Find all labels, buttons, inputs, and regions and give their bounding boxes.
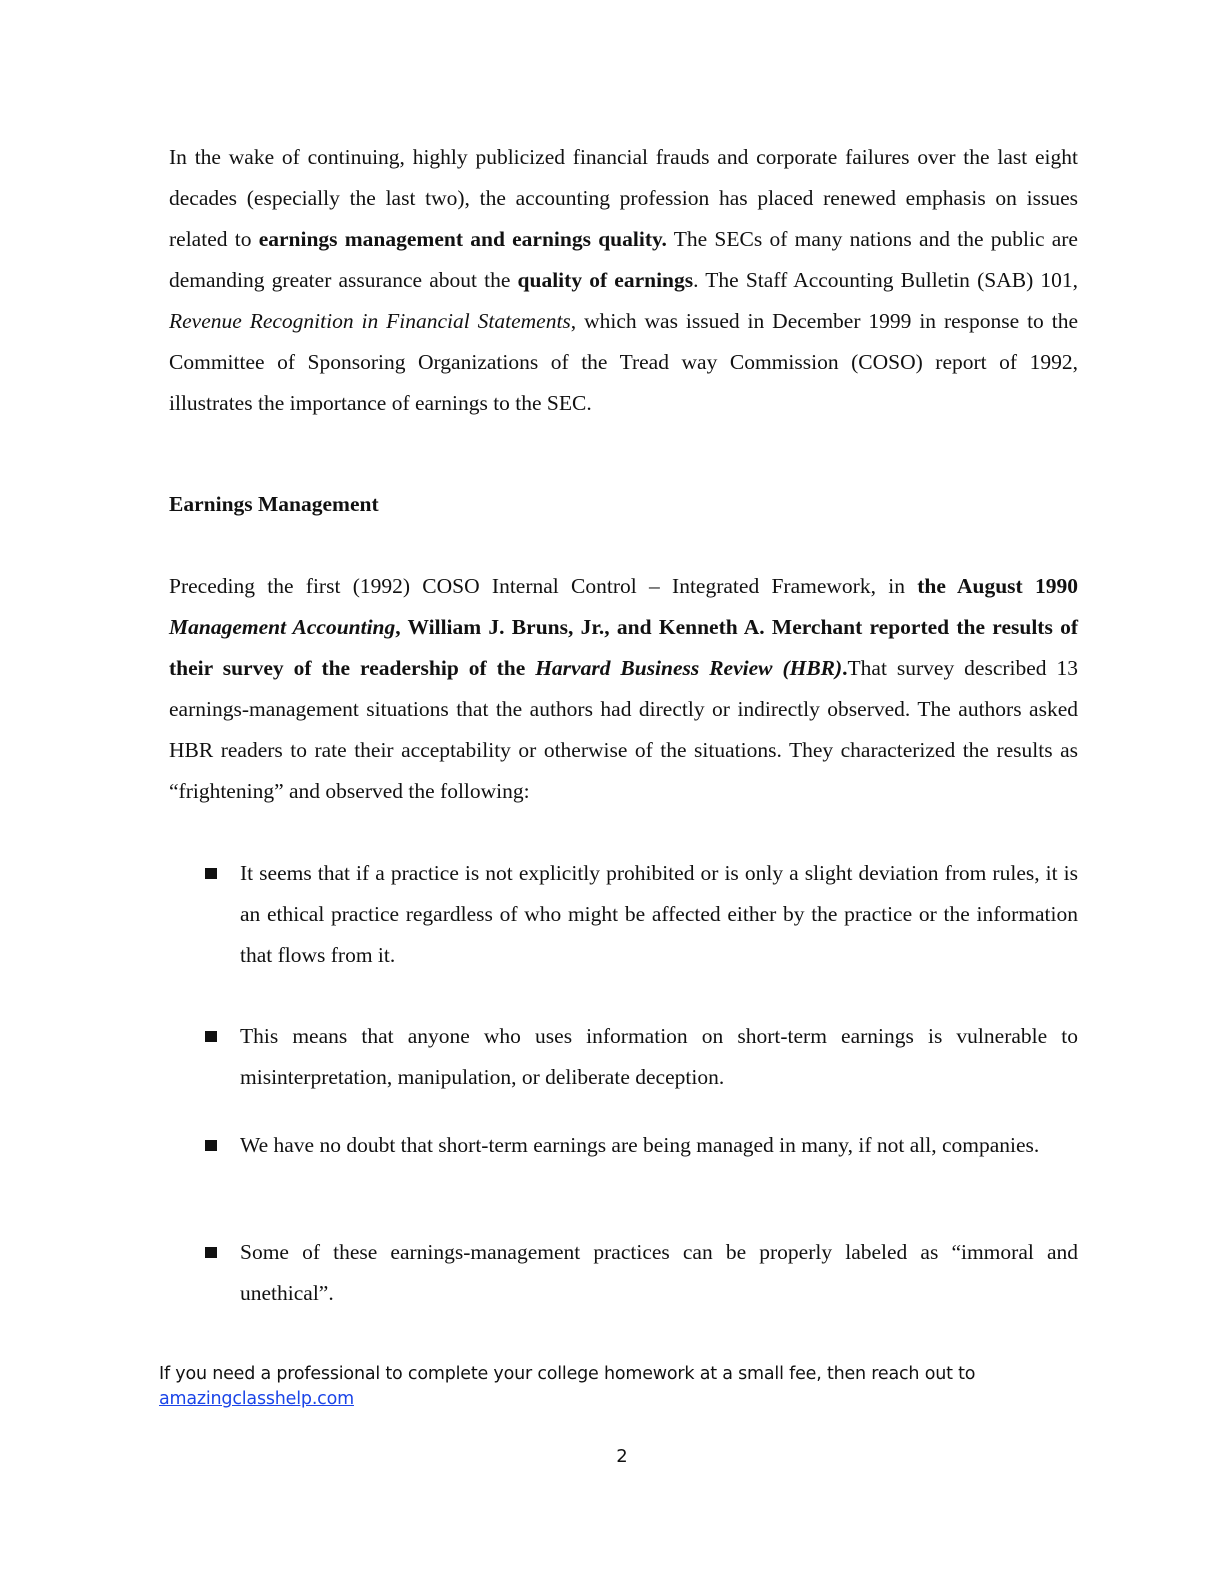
- intro-text-3: . The Staff Accounting Bulletin (SAB) 10…: [693, 268, 1078, 292]
- list-item-text: We have no doubt that short-term earning…: [240, 1125, 1078, 1166]
- list-item: This means that anyone who uses informat…: [169, 1016, 1078, 1098]
- survey-bold-1: the August 1990: [917, 574, 1078, 598]
- list-item: It seems that if a practice is not expli…: [169, 853, 1078, 976]
- document-page: In the wake of continuing, highly public…: [0, 0, 1224, 1584]
- square-bullet-icon: [205, 1031, 217, 1042]
- list-item-text: This means that anyone who uses informat…: [240, 1016, 1078, 1098]
- survey-bold-italic-journal: Management Accounting: [169, 615, 395, 639]
- square-bullet-icon: [205, 868, 217, 879]
- survey-text-1: Preceding the first (1992) COSO Internal…: [169, 574, 917, 598]
- intro-paragraph: In the wake of continuing, highly public…: [169, 137, 1078, 424]
- footer-note: If you need a professional to complete y…: [159, 1362, 1059, 1412]
- list-item: We have no doubt that short-term earning…: [169, 1125, 1078, 1166]
- survey-bold-italic-hbr: Harvard Business Review (HBR): [535, 656, 842, 680]
- square-bullet-icon: [205, 1140, 217, 1151]
- square-bullet-icon: [205, 1247, 217, 1258]
- section-heading: Earnings Management: [169, 484, 379, 525]
- footer-link[interactable]: amazingclasshelp.com: [159, 1389, 354, 1409]
- intro-italic-sab-title: Revenue Recognition in Financial Stateme…: [169, 309, 571, 333]
- survey-paragraph: Preceding the first (1992) COSO Internal…: [169, 566, 1078, 812]
- footer-note-text: If you need a professional to complete y…: [159, 1364, 975, 1384]
- page-number: 2: [0, 1446, 1224, 1467]
- list-item: Some of these earnings-management practi…: [169, 1232, 1078, 1314]
- list-item-text: It seems that if a practice is not expli…: [240, 853, 1078, 976]
- intro-bold-earnings-management: earnings management and earnings quality…: [259, 227, 667, 251]
- intro-bold-quality-of-earnings: quality of earnings: [518, 268, 694, 292]
- list-item-text: Some of these earnings-management practi…: [240, 1232, 1078, 1314]
